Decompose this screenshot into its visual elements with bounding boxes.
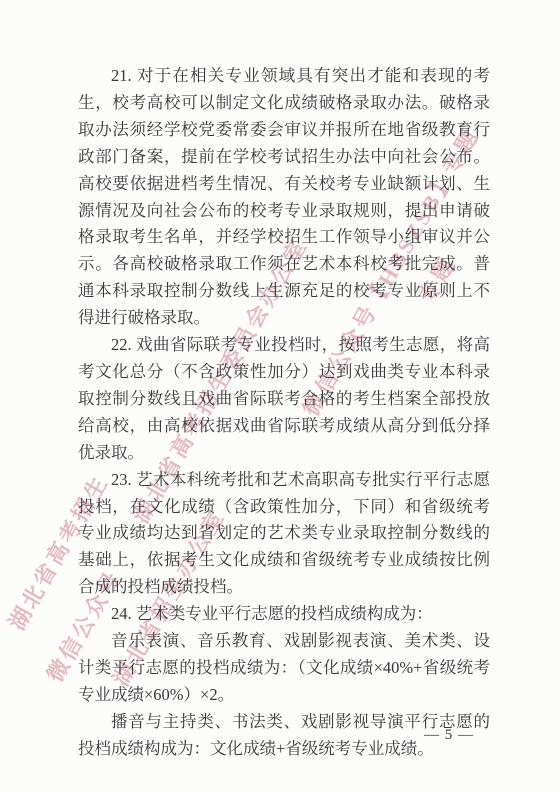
document-body: 21. 对于在相关专业领域具有突出才能和表现的考生，校考高校可以制定文化成绩破格… [78, 63, 490, 763]
paragraph-22: 22. 戏曲省际联考专业投档时，按照考生志愿，将高考文化总分（不含政策性加分）达… [78, 332, 490, 467]
document-page: 湖北省高考招生 微信公众号 湖北省招生办公室 湖北省高考招生委员会办公室 微信公… [0, 0, 560, 791]
page-number: — 5 — [424, 727, 474, 744]
paragraph-24-music-art-rule: 音乐表演、音乐教育、戏剧影视表演、美术类、设计类平行志愿的投档成绩为：（文化成绩… [78, 628, 490, 709]
paragraph-23: 23. 艺术本科统考批和艺术高职高专批实行平行志愿投档，在文化成绩（含政策性加分… [78, 467, 490, 602]
paragraph-24: 24. 艺术类专业平行志愿的投档成绩构成为： [78, 601, 490, 628]
paragraph-21: 21. 对于在相关专业领域具有突出才能和表现的考生，校考高校可以制定文化成绩破格… [78, 63, 490, 332]
